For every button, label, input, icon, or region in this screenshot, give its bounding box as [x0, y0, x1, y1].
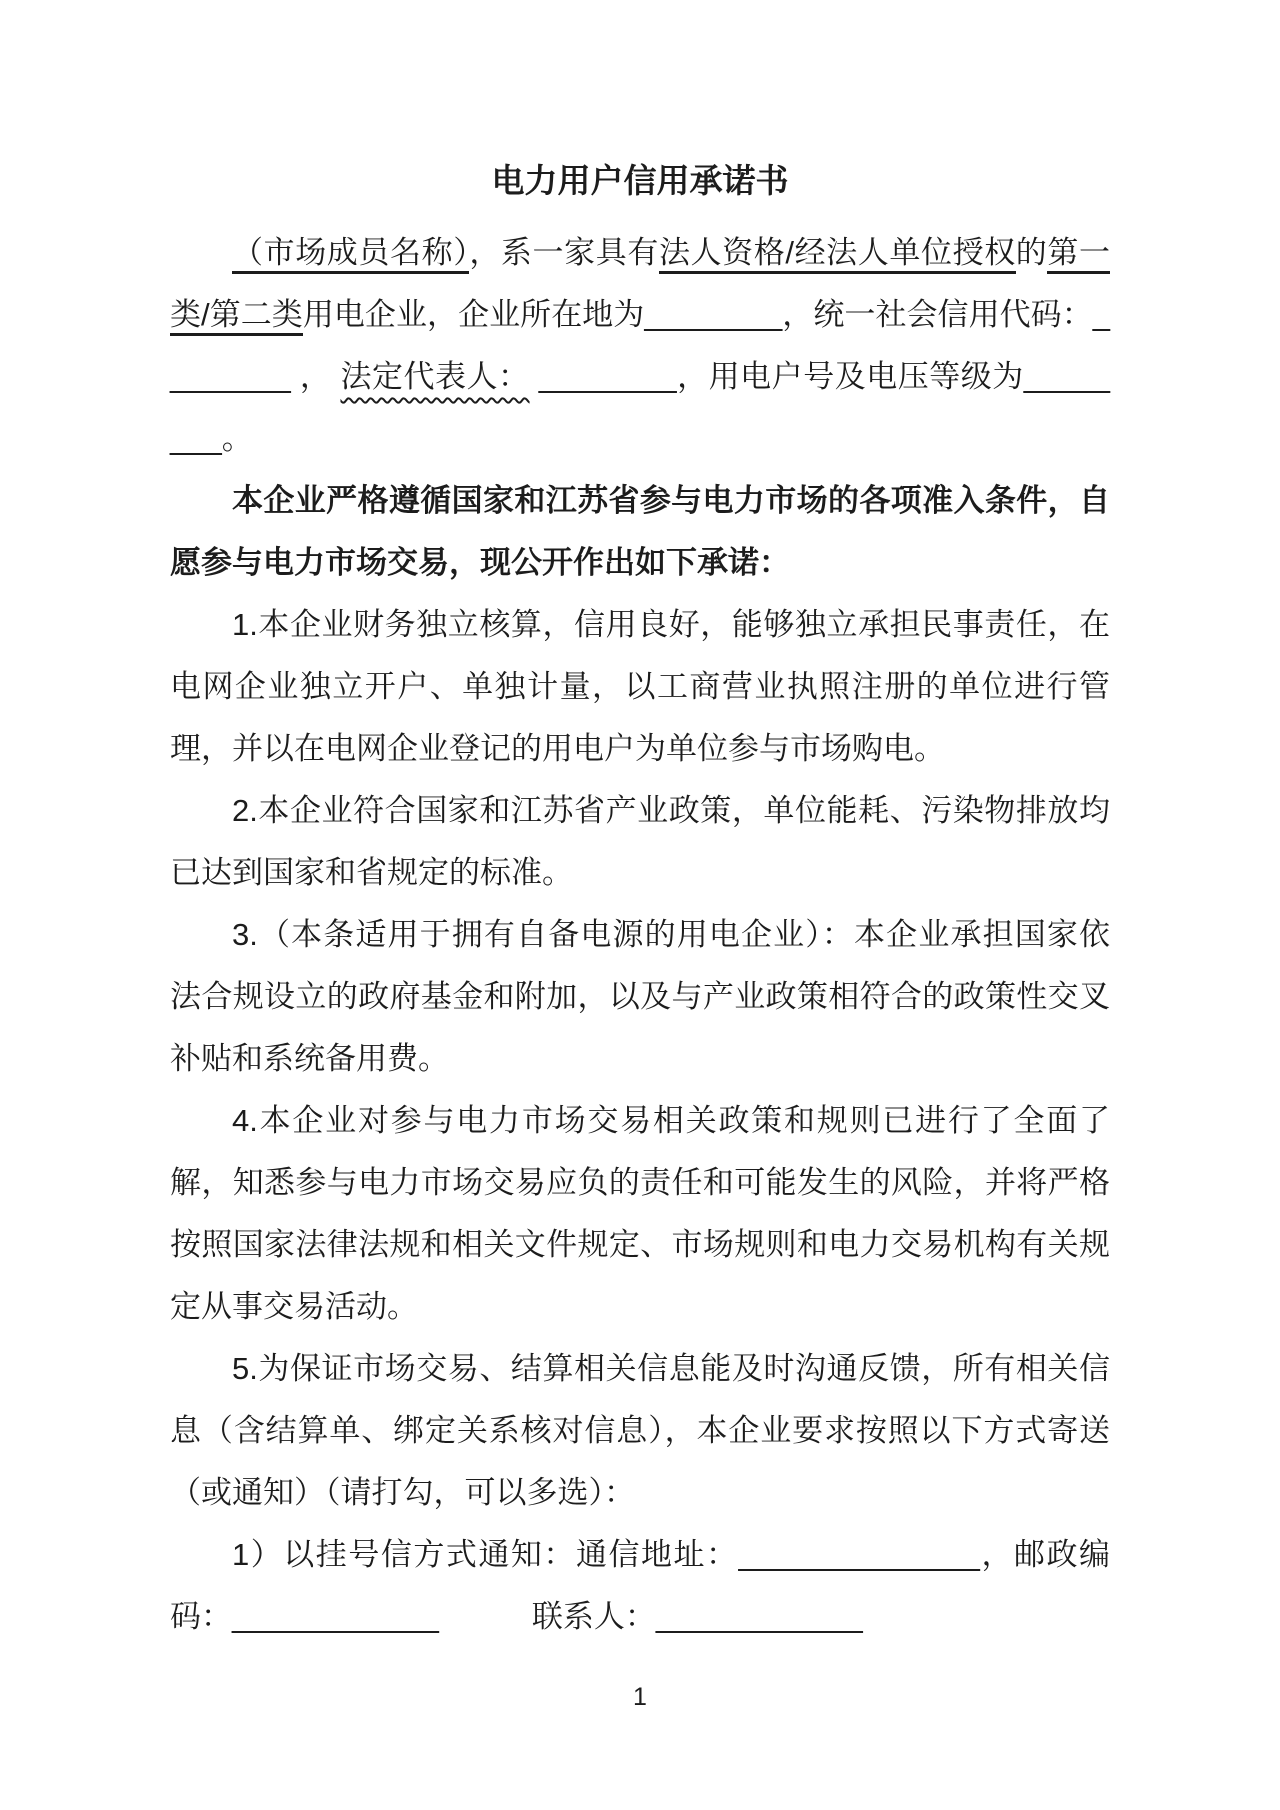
- page-number: 1: [0, 1682, 1280, 1712]
- document-title: 电力用户信用承诺书: [170, 150, 1110, 212]
- intro-paragraph: （市场成员名称），系一家具有法人资格/经法人单位授权的第一类/第二类用电企业，企…: [170, 222, 1110, 470]
- commitment-item-1: 1.本企业财务独立核算，信用良好，能够独立承担民事责任，在电网企业独立开户、单独…: [170, 594, 1110, 780]
- text-segment: ，统一社会信用代码：: [782, 297, 1092, 332]
- text-segment: 用电企业，企业所在地为: [303, 297, 644, 332]
- notify-option-registered-mail: 1）以挂号信方式通知：通信地址：______________，邮政编码：____…: [170, 1524, 1110, 1648]
- text-segment: ，系一家具有: [469, 235, 659, 270]
- document-body: 电力用户信用承诺书 （市场成员名称），系一家具有法人资格/经法人单位授权的第一类…: [170, 150, 1110, 1648]
- text-segment: ，用电户号及电压等级为: [677, 359, 1024, 394]
- pledge-paragraph: 本企业严格遵循国家和江苏省参与电力市场的各项准入条件，自愿参与电力市场交易，现公…: [170, 470, 1110, 594]
- text-segment: ________: [530, 359, 677, 394]
- underlined-segment: （市场成员名称）: [232, 235, 469, 274]
- underlined-segment: 法人资格/经法人单位授权: [659, 235, 1016, 274]
- commitment-item-2: 2.本企业符合国家和江苏省产业政策，单位能耗、污染物排放均已达到国家和省规定的标…: [170, 780, 1110, 904]
- text-segment: ，: [291, 359, 341, 394]
- text-segment: 。: [222, 421, 253, 456]
- commitment-item-5: 5.为保证市场交易、结算相关信息能及时沟通反馈，所有相关信息（含结算单、绑定关系…: [170, 1338, 1110, 1524]
- text-segment: 的: [1016, 235, 1048, 270]
- document-page: 电力用户信用承诺书 （市场成员名称），系一家具有法人资格/经法人单位授权的第一类…: [0, 0, 1280, 1810]
- commitment-item-3: 3.（本条适用于拥有自备电源的用电企业）：本企业承担国家依法合规设立的政府基金和…: [170, 904, 1110, 1090]
- text-segment: ________: [644, 297, 782, 332]
- wavy-underlined-segment: 法定代表人：: [340, 359, 529, 394]
- commitment-item-4: 4.本企业对参与电力市场交易相关政策和规则已进行了全面了解，知悉参与电力市场交易…: [170, 1090, 1110, 1338]
